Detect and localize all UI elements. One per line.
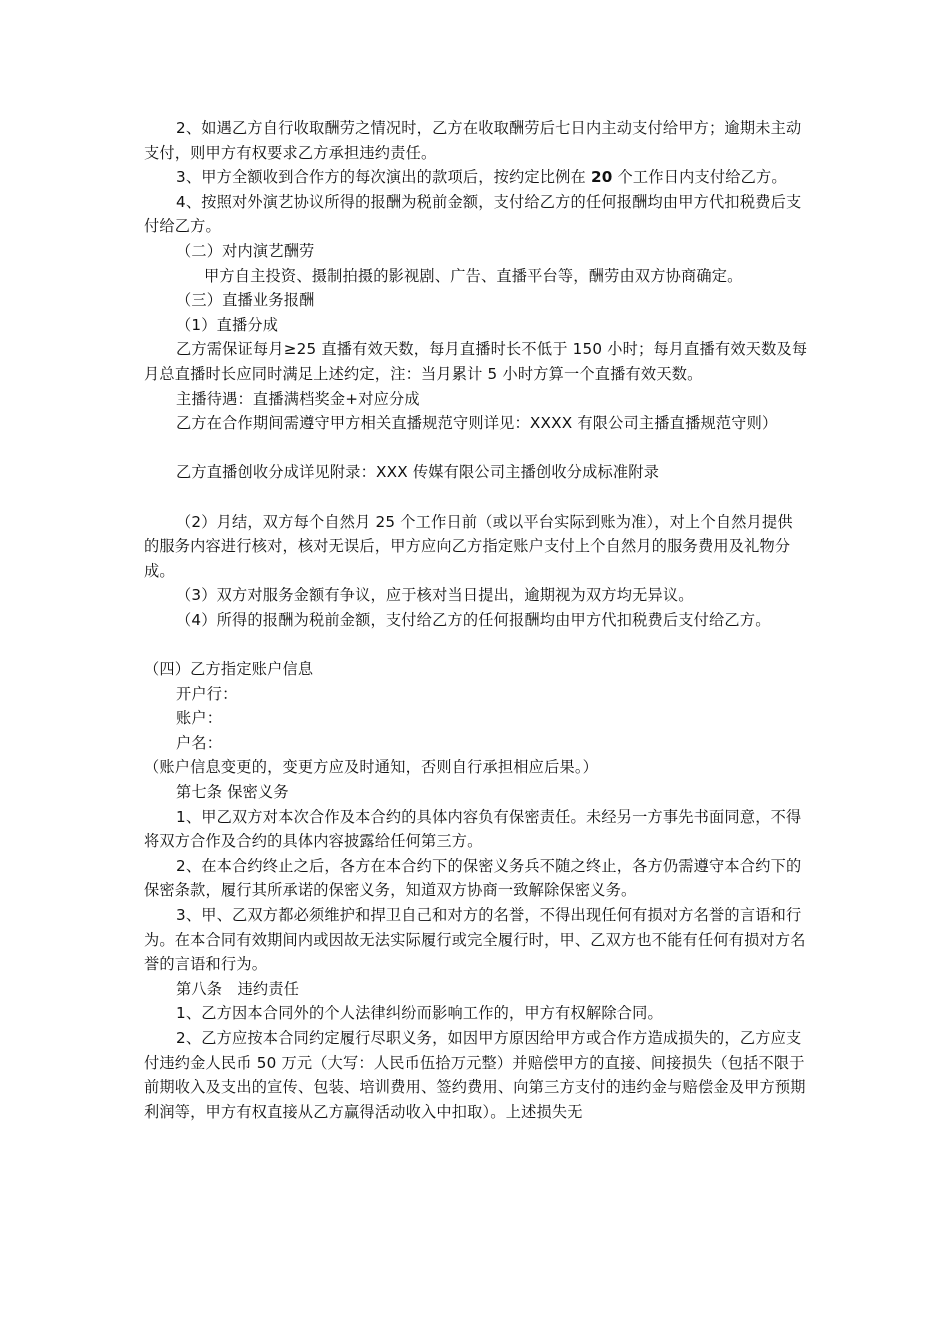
clause-internal-remuneration: 甲方自主投资、摄制拍摄的影视剧、广告、直播平台等，酬劳由双方协商确定。 [144,264,808,289]
field-account-label: 账户： [144,706,808,731]
clause-text: 个工作日内支付给乙方。 [613,168,787,186]
clause-revenue-share-appendix: 乙方直播创收分成详见附录：XXX 传媒有限公司主播创收分成标准附录 [144,460,808,485]
subsection-heading-livestream-share: （1）直播分成 [144,313,808,338]
clause-dispute: （3）双方对服务金额有争议，应于核对当日提出，逾期视为双方均无异议。 [144,583,808,608]
note-account-change: （账户信息变更的，变更方应及时通知，否则自行承担相应后果。） [144,755,808,780]
section-heading-account-info: （四）乙方指定账户信息 [144,657,808,682]
clause-pretax-livestream: （4）所得的报酬为税前金额，支付给乙方的任何报酬均由甲方代扣税费后支付给乙方。 [144,608,808,633]
blank-line [144,485,808,510]
clause-payment-within-20-days: 3、甲方全额收到合作方的每次演出的款项后，按约定比例在 20 个工作日内支付给乙… [144,165,808,190]
section-heading-livestream-remuneration: （三）直播业务报酬 [144,288,808,313]
clause-livestream-rules: 乙方在合作期间需遵守甲方相关直播规范守则详见：XXXX 有限公司主播直播规范守则… [144,411,808,436]
field-account-name-label: 户名： [144,731,808,756]
section-heading-internal-remuneration: （二）对内演艺酬劳 [144,239,808,264]
field-bank-label: 开户行： [144,682,808,707]
clause-livestream-requirements: 乙方需保证每月≥25 直播有效天数，每月直播时长不低于 150 小时；每月直播有… [144,337,808,386]
blank-line [144,436,808,461]
clause-streamer-benefits: 主播待遇：直播满档奖金+对应分成 [144,387,808,412]
clause-pretax-remuneration: 4、按照对外演艺协议所得的报酬为税前金额，支付给乙方的任何报酬均由甲方代扣税费后… [144,190,808,239]
clause-confidentiality-1: 1、甲乙双方对本次合作及本合约的具体内容负有保密责任。未经另一方事先书面同意，不… [144,805,808,854]
article-heading-confidentiality: 第七条 保密义务 [144,780,808,805]
document-page: 2、如遇乙方自行收取酬劳之情况时，乙方在收取酬劳后七日内主动支付给甲方；逾期未主… [144,116,808,1124]
clause-breach-2: 2、乙方应按本合同约定履行尽职义务，如因甲方原因给甲方或合作方造成损失的，乙方应… [144,1026,808,1124]
blank-line [144,632,808,657]
clause-confidentiality-2: 2、在本合约终止之后，各方在本合约下的保密义务兵不随之终止，各方仍需遵守本合约下… [144,854,808,903]
days-number: 20 [591,168,613,186]
clause-text: 3、甲方全额收到合作方的每次演出的款项后，按约定比例在 [176,168,591,186]
clause-monthly-settlement: （2）月结，双方每个自然月 25 个工作日前（或以平台实际到账为准），对上个自然… [144,510,808,584]
article-heading-breach: 第八条 违约责任 [144,977,808,1002]
clause-confidentiality-3: 3、甲、乙双方都必须维护和捍卫自己和对方的名誉，不得出现任何有损对方名誉的言语和… [144,903,808,977]
clause-payment-self-collected: 2、如遇乙方自行收取酬劳之情况时，乙方在收取酬劳后七日内主动支付给甲方；逾期未主… [144,116,808,165]
clause-breach-1: 1、乙方因本合同外的个人法律纠纷而影响工作的，甲方有权解除合同。 [144,1001,808,1026]
